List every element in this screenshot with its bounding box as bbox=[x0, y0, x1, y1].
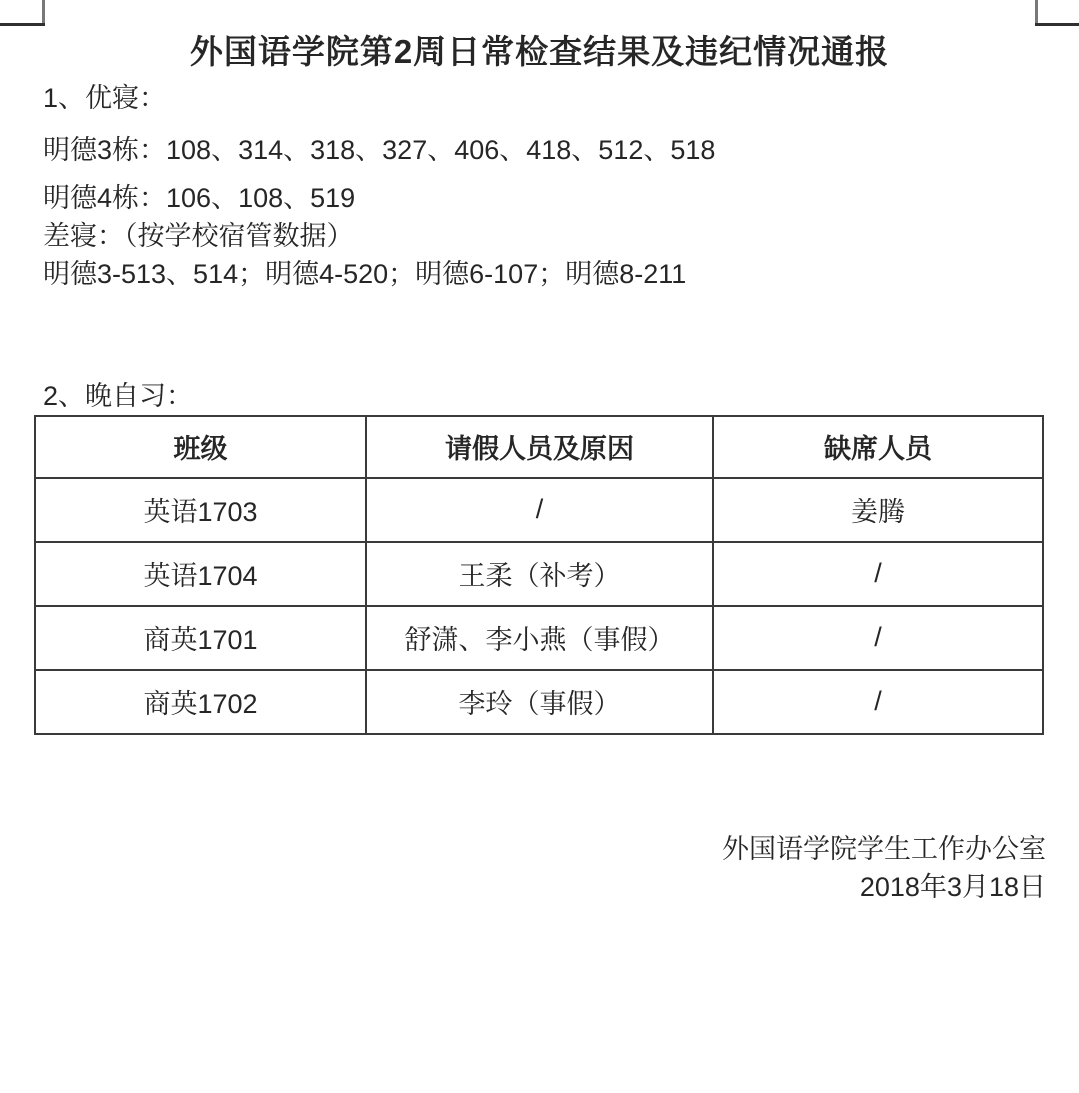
cell-class: 英语1704 bbox=[35, 542, 366, 606]
cell-absent: / bbox=[713, 670, 1043, 734]
document-date: 2018年3月18日 bbox=[43, 868, 1046, 906]
cell-absent: / bbox=[713, 542, 1043, 606]
document-page: 外国语学院第2周日常检查结果及违纪情况通报 1、优寝： 明德3栋：108、314… bbox=[0, 30, 1079, 906]
corner-mark-left-horizontal bbox=[0, 23, 45, 26]
cell-class: 英语1703 bbox=[35, 478, 366, 542]
table-row: 商英1701 舒潇、李小燕（事假） / bbox=[35, 606, 1043, 670]
document-body: 1、优寝： 明德3栋：108、314、318、327、406、418、512、5… bbox=[0, 79, 1079, 906]
col-header-leave: 请假人员及原因 bbox=[366, 416, 713, 478]
signature-block: 外国语学院学生工作办公室 2018年3月18日 bbox=[43, 830, 1046, 906]
dorm-line-mingde3: 明德3栋：108、314、318、327、406、418、512、518 bbox=[43, 131, 1046, 169]
cell-class: 商英1702 bbox=[35, 670, 366, 734]
cell-absent: / bbox=[713, 606, 1043, 670]
table-row: 英语1704 王柔（补考） / bbox=[35, 542, 1043, 606]
col-header-class: 班级 bbox=[35, 416, 366, 478]
cell-leave: 王柔（补考） bbox=[366, 542, 713, 606]
cell-leave: 李玲（事假） bbox=[366, 670, 713, 734]
section-heading-study: 2、晚自习： bbox=[43, 377, 1046, 415]
cell-class: 商英1701 bbox=[35, 606, 366, 670]
dorm-line-poor-list: 明德3-513、514；明德4-520；明德6-107；明德8-211 bbox=[43, 255, 1046, 293]
table-header-row: 班级 请假人员及原因 缺席人员 bbox=[35, 416, 1043, 478]
cell-leave: / bbox=[366, 478, 713, 542]
corner-mark-right-horizontal bbox=[1035, 23, 1079, 26]
col-header-absent: 缺席人员 bbox=[713, 416, 1043, 478]
cell-absent: 姜腾 bbox=[713, 478, 1043, 542]
section-heading-dorm: 1、优寝： bbox=[43, 79, 1046, 117]
dorm-line-poor-heading: 差寝：（按学校宿管数据） bbox=[43, 217, 1046, 255]
cell-leave: 舒潇、李小燕（事假） bbox=[366, 606, 713, 670]
dorm-line-mingde4: 明德4栋：106、108、519 bbox=[43, 179, 1046, 217]
table-row: 商英1702 李玲（事假） / bbox=[35, 670, 1043, 734]
table-row: 英语1703 / 姜腾 bbox=[35, 478, 1043, 542]
document-title: 外国语学院第2周日常检查结果及违纪情况通报 bbox=[20, 30, 1059, 75]
evening-study-table: 班级 请假人员及原因 缺席人员 英语1703 / 姜腾 英语1704 王柔（补考… bbox=[34, 415, 1044, 735]
office-name: 外国语学院学生工作办公室 bbox=[43, 830, 1046, 868]
